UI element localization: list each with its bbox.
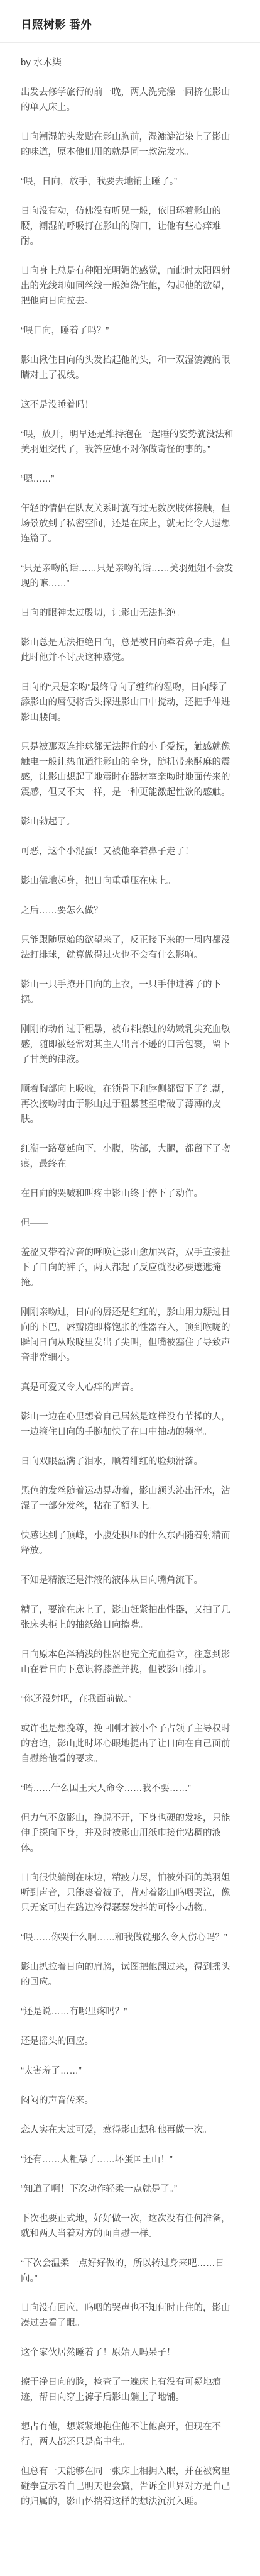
- paragraph: 真是可爱又令人心痒的声音。: [21, 1380, 236, 1395]
- paragraph: 日向的眼神太过殷切，让影山无法拒绝。: [21, 606, 236, 621]
- paragraph: 但力气不敌影山，挣脱不开，下身也硬的发疼，只能伸手探向下身，并及时被影山用纸巾接…: [21, 1811, 236, 1856]
- paragraph: 影山猛地起身，把日向重重压在床上。: [21, 874, 236, 889]
- paragraph: “只是亲吻的话……只是亲吻的话……美羽姐姐不会发现的嘛……”: [21, 561, 236, 591]
- paragraph: 日向很快躺倒在床边，精疲力尽，怕被外面的美羽姐听到声音，只能裹着被子，背对着影山…: [21, 1870, 236, 1916]
- article-body: 出发去修学旅行的前一晚，两人洗完澡一同挤在影山的单人床上。日向潮湿的头发贴在影山…: [0, 70, 260, 2534]
- paragraph: 影山揪住日向的头发抬起他的头，和一双湿漉漉的眼睛对上了视线。: [21, 353, 236, 383]
- paragraph: 影山勃起了。: [21, 814, 236, 830]
- paragraph: 这不是没睡着吗！: [21, 397, 236, 413]
- paragraph: 下次也要正式地，好好做一次，这次没有任何准备，就和两人当着对方的面自慰一样。: [21, 2211, 236, 2241]
- paragraph: “还是说……有哪里疼吗？”: [21, 2004, 236, 2019]
- paragraph: “喂，放开，明早还是维持抱在一起睡的姿势就没法和美羽姐交代了，我答应她不对你做奇…: [21, 427, 236, 457]
- paragraph: 不知是精液还是津液的液体从日向嘴角流下。: [21, 1573, 236, 1588]
- paragraph: 快感达到了顶峰，小腹处积压的什么东西随着射精而释放。: [21, 1528, 236, 1558]
- article-page: 日照树影 番外 by 水木柒 出发去修学旅行的前一晚，两人洗完澡一同挤在影山的单…: [0, 0, 260, 2534]
- paragraph: 还是摇头的回应。: [21, 2034, 236, 2049]
- paragraph: 擦干净日向的脸，检查了一遍床上有没有可疑地痕迹，帮日向穿上裤子后影山躺上了地铺。: [21, 2375, 236, 2405]
- paragraph: 出发去修学旅行的前一晚，两人洗完澡一同挤在影山的单人床上。: [21, 85, 236, 115]
- paragraph: 影山一只手撩开日向的上衣，一只手伸进裤子的下摆。: [21, 977, 236, 1008]
- paragraph: 年轻的情侣在队友关系时就有过无数次肢体接触，但场景放到了私密空间，还是在床上，就…: [21, 501, 236, 547]
- paragraph: 糟了，要滴在床上了，影山赶紧抽出性器，又抽了几张床头柜上的抽纸给日向擦嘴。: [21, 1602, 236, 1633]
- paragraph: 日向身上总是有种阳光明媚的感觉，而此时太阳四射出的光线却如同丝线一般缠绕住他，勾…: [21, 264, 236, 309]
- paragraph: 影山扒拉着日向的肩膀，试图把他翻过来，得到摇头的回应。: [21, 1960, 236, 1990]
- paragraph: 只能跟随原始的欲望来了，反正接下来的一周内都没法打排球，就算做得过火也不会有什么…: [21, 933, 236, 963]
- paragraph: “还有……太粗暴了……坏蛋国王山！”: [21, 2152, 236, 2167]
- paragraph: 日向原本色泽稍浅的性器也完全充血挺立，注意到影山在看日向下意识将膝盖并拢，但被影…: [21, 1647, 236, 1677]
- paragraph: 日向潮湿的头发贴在影山胸前，湿漉漉沾染上了影山的味道，原本他们用的就是同一款洗发…: [21, 130, 236, 160]
- paragraph: “下次会温柔一点好好做的，所以转过身来吧……日向。”: [21, 2256, 236, 2286]
- paragraph: 闷闷的声音传来。: [21, 2093, 236, 2108]
- paragraph: “喂日向，睡着了吗？”: [21, 323, 236, 338]
- paragraph: 这个家伙居然睡着了！原始人吗呆子！: [21, 2345, 236, 2360]
- paragraph: “知道了啊！下次动作轻柔一点就是了。”: [21, 2182, 236, 2197]
- paragraph: 想占有他，想紧紧地抱住他不让他离开，但现在不行，两人都还只是高中生。: [21, 2419, 236, 2450]
- paragraph: 日向没有动，仿佛没有听见一般，依旧环着影山的腰，潮湿的呼吸打在影山的胸口，让他有…: [21, 204, 236, 249]
- paragraph: 只是被那双连排球都无法握住的小手爱抚，触感就像触电一般让热血通往影山的全身，随机…: [21, 740, 236, 800]
- article-header: 日照树影 番外: [0, 0, 260, 32]
- paragraph: 刚刚亲吻过，日向的唇还是红红的，影山用力掰过日向的下巴，唇瓣随即将饱胀的性器吞入…: [21, 1305, 236, 1365]
- article-title: 日照树影 番外: [21, 17, 236, 32]
- paragraph: 影山一边在心里想着自己居然是这样没有节操的人，一边箍住日向的手腕加快了在口中抽动…: [21, 1409, 236, 1440]
- paragraph: 但——: [21, 1216, 236, 1231]
- paragraph: 刚刚的动作过于粗暴，被布料擦过的幼嫩乳尖充血敏感，随即被经常对其主人出言不逊的口…: [21, 1022, 236, 1067]
- paragraph: 红潮一路蔓延向下，小腹，胯部，大腿，都留下了吻痕，最终在: [21, 1141, 236, 1172]
- paragraph: “喂……你哭什么啊……和我做就那么令人伤心吗？”: [21, 1930, 236, 1945]
- paragraph: 可恶，这个小混蛋！又被他牵着鼻子走了！: [21, 844, 236, 859]
- paragraph: 恋人实在太过可爱，惹得影山想和他再做一次。: [21, 2123, 236, 2138]
- article-author: by 水木柒: [0, 43, 260, 70]
- paragraph: 或许也是想挽尊，挽回刚才被小个子占领了主导权时的窘迫，影山此时坏心眼地提出了让日…: [21, 1721, 236, 1767]
- paragraph: 之后……要怎么做？: [21, 903, 236, 918]
- paragraph: 但总有一天能够在同一张床上相拥入眠，并在被窝里碰拳宣示着自己明天也会赢，告诉全世…: [21, 2464, 236, 2509]
- paragraph: “你还没射吧，在我面前做。”: [21, 1692, 236, 1707]
- paragraph: 在日向的哭喊和叫疼中影山终于停下了动作。: [21, 1186, 236, 1201]
- paragraph: 黑色的发丝随着运动晃动着，影山额头沁出汗水，沾湿了一部分发丝，粘在了额头上。: [21, 1484, 236, 1514]
- paragraph: 羞涩又带着泣音的呼唤让影山愈加兴奋，双手直接扯下了日向的裤子，两人都起了反应就没…: [21, 1245, 236, 1291]
- paragraph: “太害羞了……”: [21, 2063, 236, 2079]
- paragraph: 日向没有回应，呜咽的哭声也不知何时止住的，影山凑过去看了眼。: [21, 2301, 236, 2331]
- paragraph: 影山总是无法拒绝日向，总是被日向牵着鼻子走，但此时他并不讨厌这种感觉。: [21, 635, 236, 665]
- paragraph: “喂，日向，放手，我要去地铺上睡了。”: [21, 174, 236, 189]
- paragraph: “嗯……”: [21, 472, 236, 487]
- paragraph: 顺着胸部向上吸吮，在锁骨下和脖侧都留下了红潮，再次接吻时由于影山过于粗暴甚至啃破…: [21, 1082, 236, 1127]
- paragraph: 日向双眼盈满了泪水，顺着绯红的脸颊滑落。: [21, 1454, 236, 1469]
- paragraph: 日向的“只是亲吻”最终导向了缠绵的湿吻，日向舔了舔影山的唇便将舌头探进影山口中搅…: [21, 680, 236, 725]
- paragraph: “唔……什么国王大人命令……我不要……”: [21, 1781, 236, 1796]
